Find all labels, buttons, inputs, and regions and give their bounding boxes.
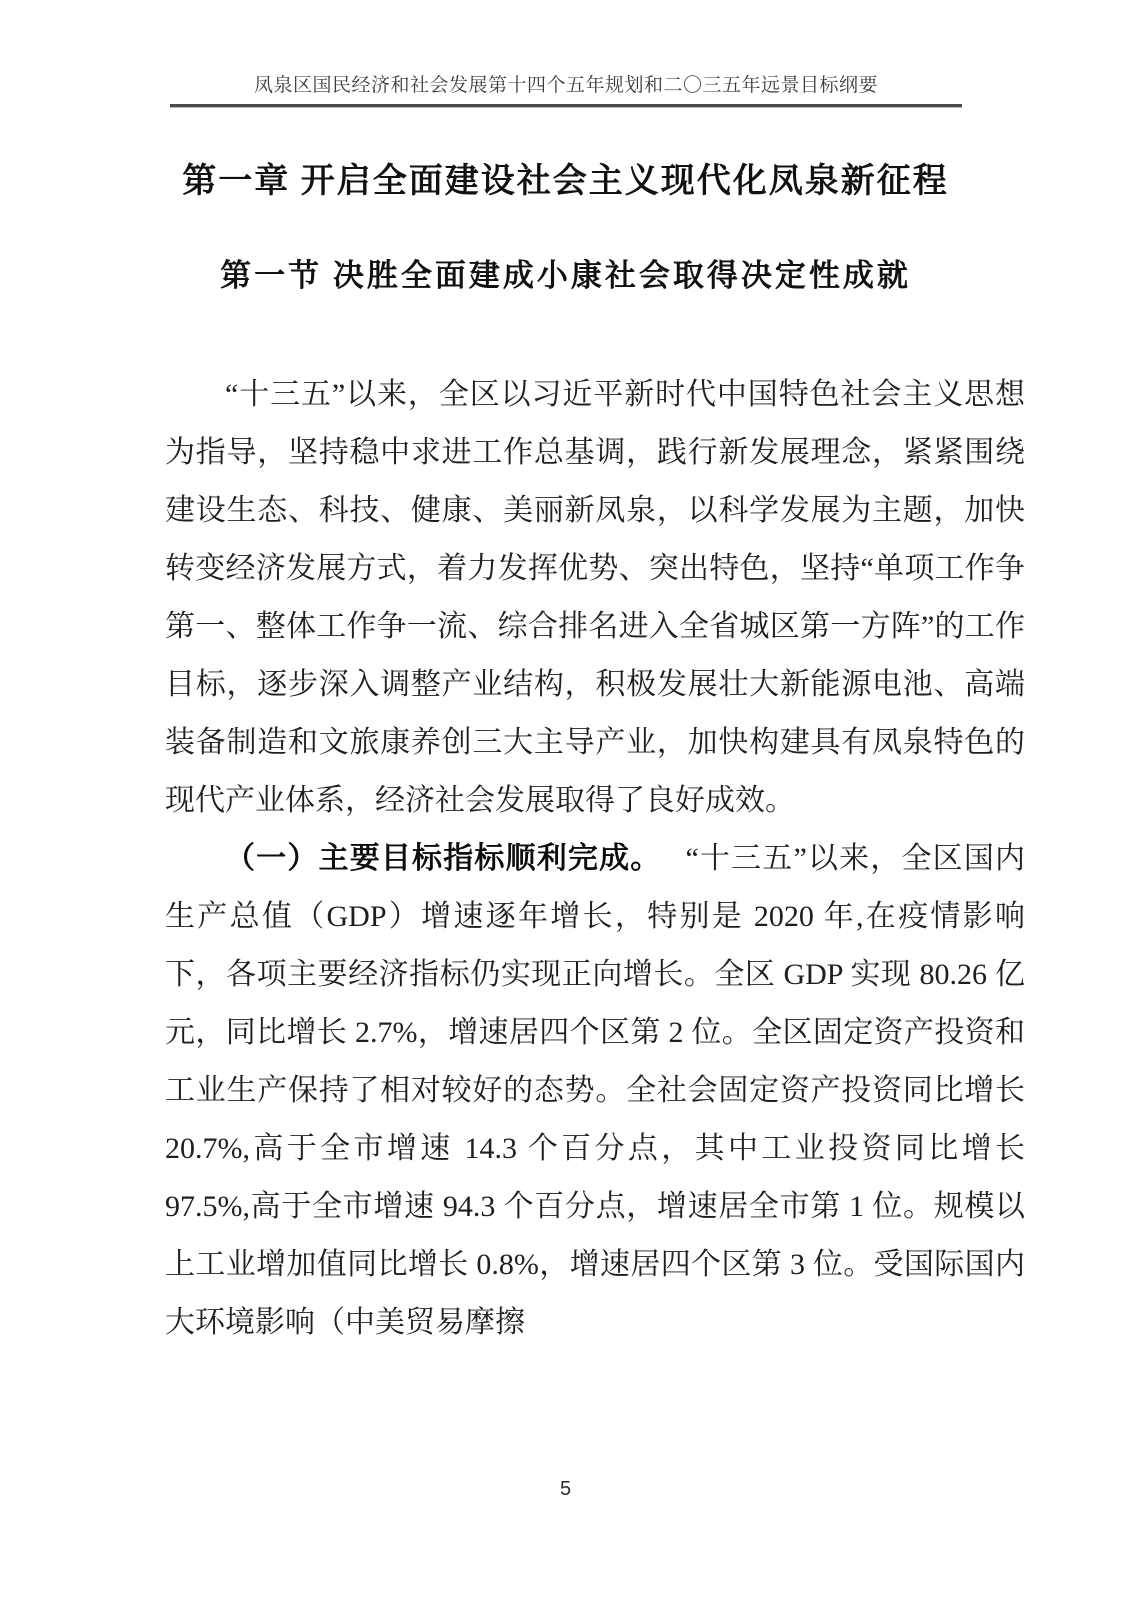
section-title: 第一节 决胜全面建成小康社会取得决定性成就 [0, 250, 1131, 295]
paragraph-achievements: （一）主要目标指标顺利完成。“十三五”以来，全区国内生产总值（GDP）增速逐年增… [165, 830, 1025, 1352]
paragraph-achievements-lead: （一）主要目标指标顺利完成。 [225, 842, 661, 875]
document-page: 凤泉区国民经济和社会发展第十四个五年规划和二〇三五年远景目标纲要 第一章 开启全… [0, 0, 1131, 1600]
page-header: 凤泉区国民经济和社会发展第十四个五年规划和二〇三五年远景目标纲要 [170, 0, 962, 108]
chapter-title: 第一章 开启全面建设社会主义现代化凤泉新征程 [0, 153, 1131, 202]
header-divider [170, 104, 962, 108]
running-header-title: 凤泉区国民经济和社会发展第十四个五年规划和二〇三五年远景目标纲要 [170, 0, 962, 97]
page-number: 5 [560, 1478, 571, 1500]
paragraph-intro: “十三五”以来，全区以习近平新时代中国特色社会主义思想为指导，坚持稳中求进工作总… [165, 366, 1025, 830]
page-footer: 5 [0, 1478, 1131, 1501]
paragraph-achievements-text: “十三五”以来，全区国内生产总值（GDP）增速逐年增长，特别是 2020 年,在… [165, 842, 1025, 1339]
document-body: “十三五”以来，全区以习近平新时代中国特色社会主义思想为指导，坚持稳中求进工作总… [165, 366, 1025, 1352]
